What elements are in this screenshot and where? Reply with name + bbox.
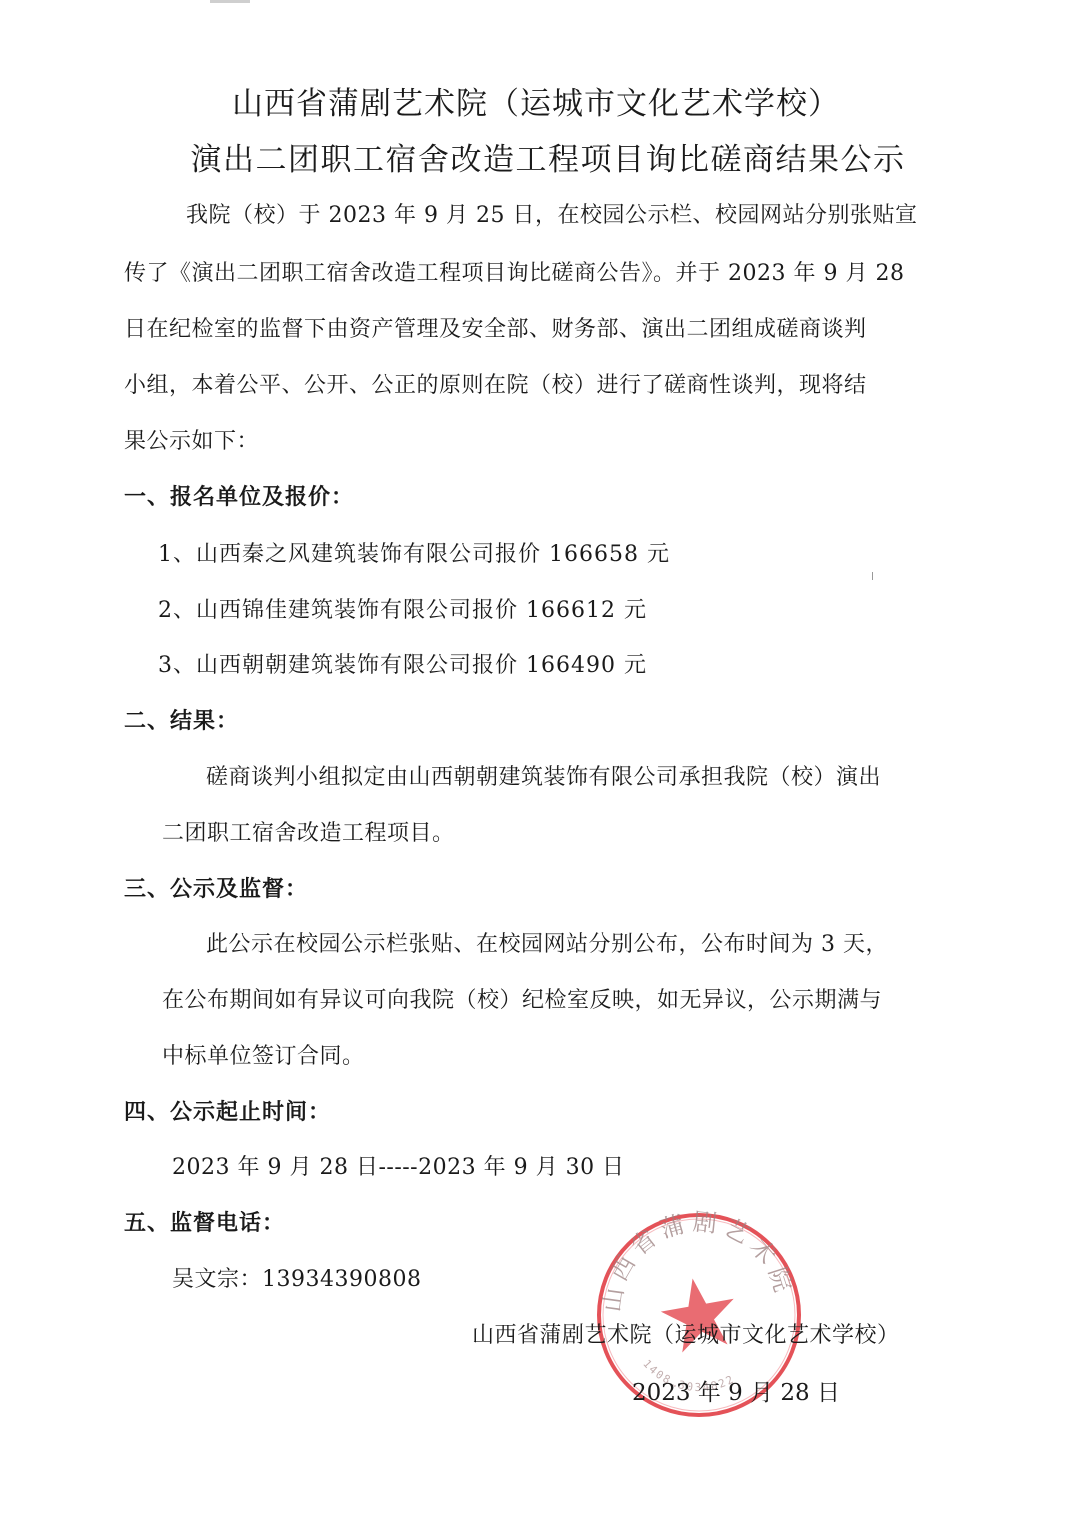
intro-line: 小组，本着公平、公开、公正的原则在院（校）进行了磋商性谈判，现将结 bbox=[124, 368, 867, 399]
section-heading-period: 四、公示起止时间： bbox=[124, 1095, 331, 1126]
scan-speck bbox=[872, 572, 873, 580]
result-line: 磋商谈判小组拟定由山西朝朝建筑装饰有限公司承担我院（校）演出 bbox=[206, 760, 881, 791]
supervision-line: 此公示在校园公示栏张贴、在校园网站分别公布，公布时间为 3 天， bbox=[206, 927, 888, 958]
section-heading-bidders: 一、报名单位及报价： bbox=[124, 480, 354, 511]
section-heading-phone: 五、监督电话： bbox=[124, 1206, 285, 1237]
bidder-index: 2、 bbox=[158, 598, 196, 623]
bidder-unit: 元 bbox=[647, 542, 670, 567]
intro-line: 日在纪检室的监督下由资产管理及安全部、财务部、演出二团组成磋商谈判 bbox=[124, 312, 867, 343]
intro-line: 我院（校）于 2023 年 9 月 25 日，在校园公示栏、校园网站分别张贴宣 bbox=[186, 198, 917, 229]
bidder-company: 山西秦之风建筑装饰有限公司报价 bbox=[196, 542, 541, 567]
intro-line: 果公示如下： bbox=[124, 424, 259, 455]
document-title-line-1: 山西省蒲剧艺术院（运城市文化艺术学校） bbox=[0, 78, 1076, 123]
bidder-item: 2、山西锦佳建筑装饰有限公司报价 166612 元 bbox=[158, 593, 647, 624]
result-line: 二团职工宿舍改造工程项目。 bbox=[162, 816, 455, 847]
intro-line: 传了《演出二团职工宿舍改造工程项目询比磋商公告》。并于 2023 年 9 月 2… bbox=[124, 256, 904, 287]
section-heading-result: 二、结果： bbox=[124, 704, 239, 735]
bidder-price: 166658 bbox=[549, 542, 639, 567]
bidder-price: 166612 bbox=[526, 598, 616, 623]
document-title-line-2: 演出二团职工宿舍改造工程项目询比磋商结果公示 bbox=[8, 134, 1080, 179]
supervision-line: 在公布期间如有异议可向我院（校）纪检室反映，如无异议，公示期满与 bbox=[162, 983, 882, 1014]
period-line: 2023 年 9 月 28 日-----2023 年 9 月 30 日 bbox=[172, 1150, 625, 1181]
bidder-price: 166490 bbox=[526, 653, 616, 678]
bidder-item: 1、山西秦之风建筑装饰有限公司报价 166658 元 bbox=[158, 537, 670, 568]
signature-date: 2023 年 9 月 28 日 bbox=[632, 1374, 840, 1407]
bidder-unit: 元 bbox=[624, 598, 647, 623]
bidder-company: 山西锦佳建筑装饰有限公司报价 bbox=[196, 598, 518, 623]
section-heading-supervision: 三、公示及监督： bbox=[124, 872, 308, 903]
supervision-line: 中标单位签订合同。 bbox=[162, 1039, 365, 1070]
scan-artifact bbox=[210, 0, 250, 3]
bidder-index: 1、 bbox=[158, 542, 196, 567]
bidder-item: 3、山西朝朝建筑装饰有限公司报价 166490 元 bbox=[158, 648, 647, 679]
bidder-company: 山西朝朝建筑装饰有限公司报价 bbox=[196, 653, 518, 678]
bidder-unit: 元 bbox=[624, 653, 647, 678]
bidder-index: 3、 bbox=[158, 653, 196, 678]
signature-organization: 山西省蒲剧艺术院（运城市文化艺术学校） bbox=[472, 1318, 900, 1349]
phone-line: 吴文宗：13934390808 bbox=[172, 1262, 421, 1293]
